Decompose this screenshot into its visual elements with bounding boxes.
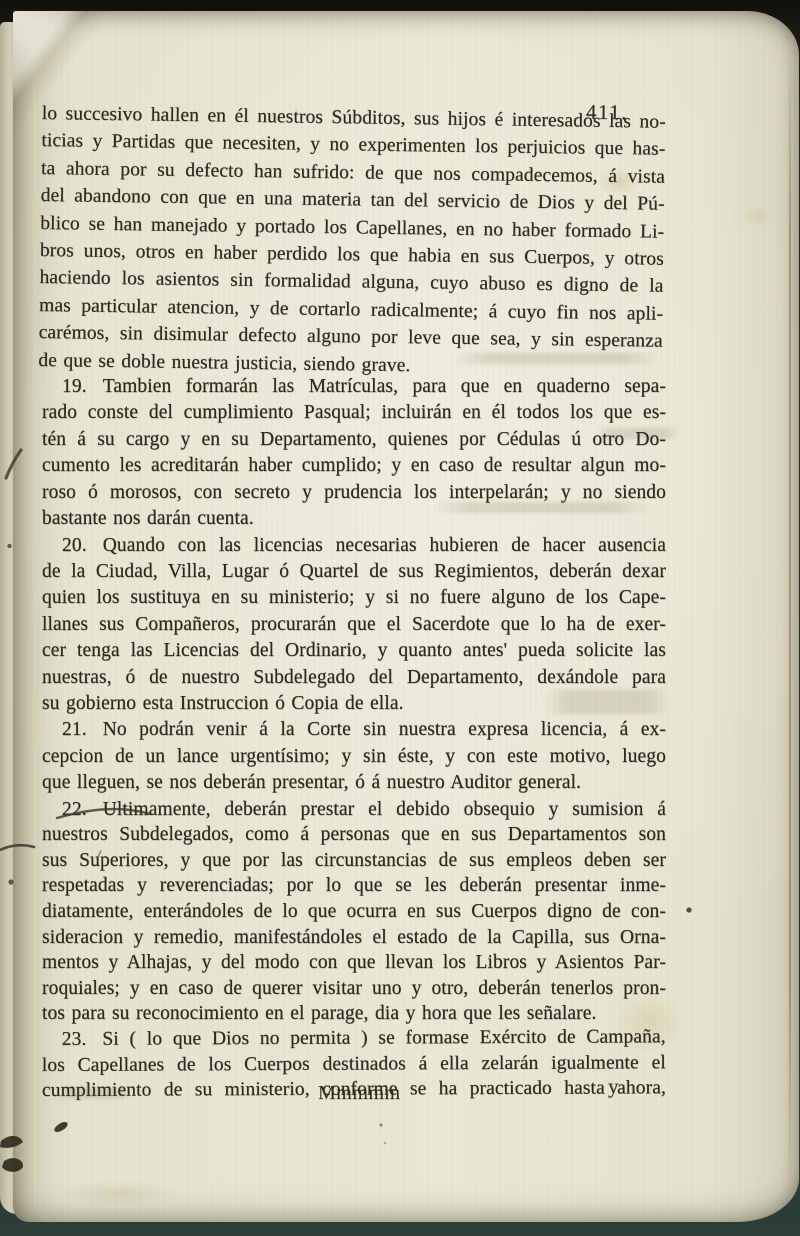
text-line: cer tenga las Licencias del Ordinario, y…: [42, 638, 666, 664]
signature-mark: Mmmmm: [318, 1082, 401, 1105]
text-line-content: tos para su reconocimiento en el parage,…: [42, 1003, 596, 1024]
text-line-content: quien los sustituya en su ministerio; y …: [42, 587, 666, 608]
text-line-content: nuestras, ó de nuestro Subdelegado del D…: [42, 667, 666, 688]
text-line: llanes sus Compañeros, procurarán que el…: [42, 612, 666, 638]
text-line: 23.Si ( lo que Dios no permita ) se form…: [42, 1024, 666, 1052]
text-line-content: que lleguen, se nos deberán presentar, ó…: [42, 772, 581, 793]
text-line: cepcion de un lance urgentísimo; y sin é…: [42, 744, 666, 770]
text-line-content: mentos y Alhajas, y del modo con que lle…: [42, 952, 666, 973]
paragraph-21: 21.No podrán venir á la Corte sin nuestr…: [42, 717, 666, 796]
paragraph-number: 20.: [62, 535, 87, 556]
text-line: 22.Ultimamente, deberán prestar el debid…: [42, 797, 666, 823]
text-line: quien los sustituya en su ministerio; y …: [42, 585, 666, 611]
text-line: roso ó morosos, con secreto y prudencia …: [42, 480, 666, 506]
text-line-content: cumento les acreditarán haber cumplido; …: [42, 455, 666, 476]
text-line-content: diatamente, enterándoles de lo que ocurr…: [42, 901, 666, 922]
paragraph-22: 22.Ultimamente, deberán prestar el debid…: [42, 797, 666, 1027]
text-line: de la Ciudad, Villa, Lugar ó Quartel de …: [42, 559, 666, 585]
text-line: su gobierno esta Instruccion ó Copia de …: [42, 691, 666, 717]
text-line: sus Superiores, y que por las circunstan…: [42, 848, 666, 874]
text-line: cumento les acreditarán haber cumplido; …: [42, 453, 666, 479]
text-line: que lleguen, se nos deberán presentar, ó…: [42, 770, 666, 796]
text-line: 20.Quando con las licencias necesarias h…: [42, 533, 666, 559]
text-line-content: sus Superiores, y que por las circunstan…: [42, 850, 666, 871]
text-line-content: llanes sus Compañeros, procurarán que el…: [42, 614, 666, 635]
text-line-content: Quando con las licencias necesarias hubi…: [103, 535, 666, 556]
text-line: rado conste del cumplimiento Pasqual; in…: [42, 400, 666, 426]
paragraph-20: 20.Quando con las licencias necesarias h…: [42, 533, 666, 718]
text-line-content: roso ó morosos, con secreto y prudencia …: [42, 482, 666, 503]
text-line: mentos y Alhajas, y del modo con que lle…: [42, 950, 666, 976]
text-line: los Capellanes de los Cuerpos destinados…: [42, 1050, 666, 1078]
text-line: nuestros Subdelegados, como á personas q…: [42, 822, 666, 848]
text-line-content: cepcion de un lance urgentísimo; y sin é…: [42, 746, 666, 767]
text-line-content: roquiales; y en caso de querer visitar u…: [42, 978, 666, 999]
text-line: nuestras, ó de nuestro Subdelegado del D…: [42, 665, 666, 691]
text-line-content: tén á su cargo y en su Departamento, qui…: [42, 429, 666, 450]
paragraph-number: 21.: [62, 719, 87, 740]
text-line-content: los Capellanes de los Cuerpos destinados…: [42, 1052, 666, 1076]
text-block: lo succesivo hallen en él nuestros Súbdi…: [42, 100, 666, 1104]
text-line-content: cer tenga las Licencias del Ordinario, y…: [42, 640, 666, 661]
text-line-content: Ultimamente, deberán prestar el debido o…: [103, 799, 666, 820]
text-line: 21.No podrán venir á la Corte sin nuestr…: [42, 717, 666, 743]
paragraph-number: 19.: [62, 376, 87, 397]
text-line-content: Si ( lo que Dios no permita ) se formase…: [102, 1026, 665, 1049]
text-line: tos para su reconocimiento en el parage,…: [42, 1001, 666, 1027]
text-line-content: bastante nos darán cuenta.: [42, 508, 254, 529]
paragraph-continuation: lo succesivo hallen en él nuestros Súbdi…: [38, 100, 666, 383]
text-line-content: de que se doble nuestra justicia, siendo…: [38, 350, 410, 376]
text-line: respetadas y reverenciadas; por lo que s…: [42, 873, 666, 899]
paragraph-19: 19.Tambien formarán las Matrículas, para…: [42, 374, 666, 532]
catchword: y: [608, 1074, 619, 1099]
text-line: roquiales; y en caso de querer visitar u…: [42, 976, 666, 1002]
paragraph-number: 23.: [62, 1029, 87, 1050]
text-line: tén á su cargo y en su Departamento, qui…: [42, 427, 666, 453]
text-line: sideracion y remedio, manifestándoles el…: [42, 925, 666, 951]
text-line-content: No podrán venir á la Corte sin nuestra e…: [103, 719, 666, 740]
text-line: bastante nos darán cuenta.: [42, 506, 666, 532]
text-line-content: nuestros Subdelegados, como á personas q…: [42, 824, 666, 845]
text-line-content: su gobierno esta Instruccion ó Copia de …: [42, 693, 404, 714]
text-line-content: sideracion y remedio, manifestándoles el…: [42, 927, 666, 948]
text-line-content: rado conste del cumplimiento Pasqual; in…: [42, 402, 666, 423]
paragraph-number: 22.: [62, 799, 87, 820]
text-line-content: de la Ciudad, Villa, Lugar ó Quartel de …: [42, 561, 666, 582]
text-line-content: respetadas y reverenciadas; por lo que s…: [42, 875, 666, 896]
photo-backdrop: 411. lo succesivo hallen en él nuestros …: [0, 0, 800, 1236]
text-line: diatamente, enterándoles de lo que ocurr…: [42, 899, 666, 925]
